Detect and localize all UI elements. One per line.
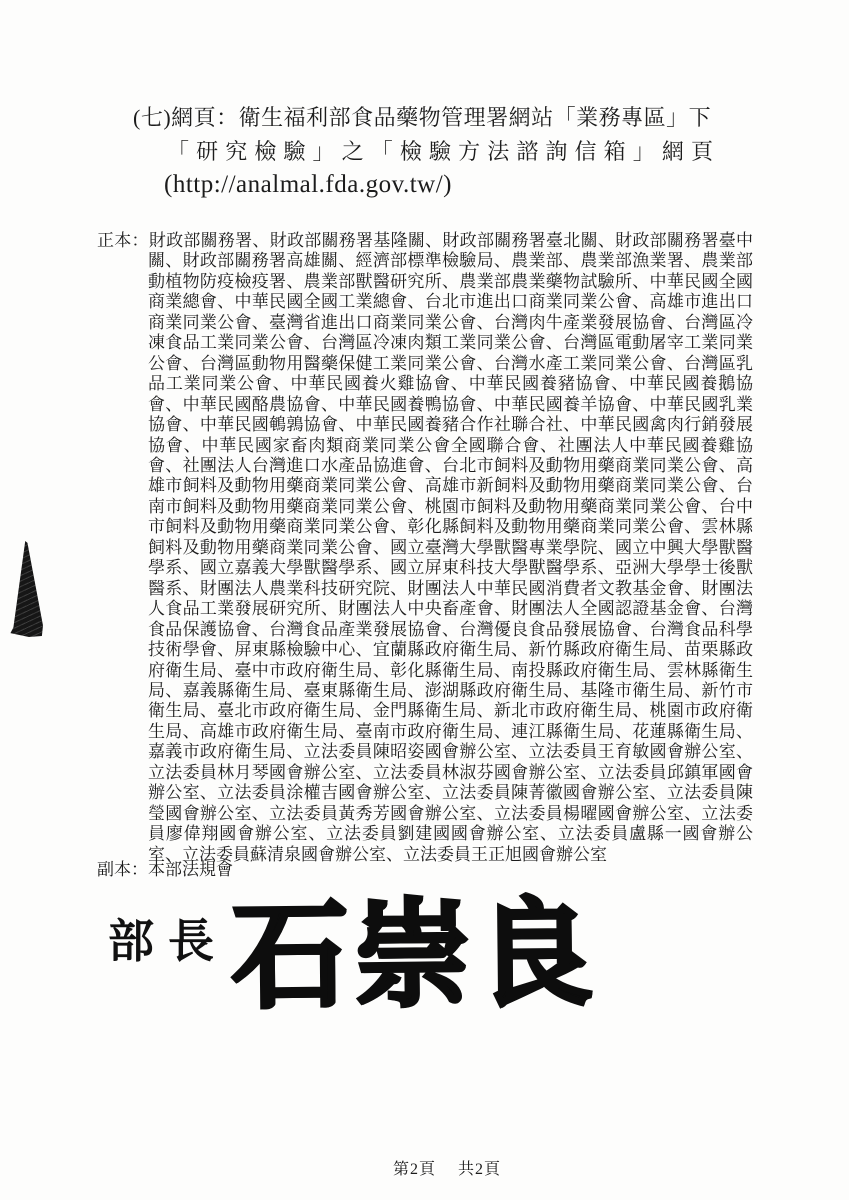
- copy-recipients-list: 本部法規會: [148, 860, 233, 879]
- copy-recipients-label: 副本：: [97, 860, 148, 879]
- primary-recipients-list: 財政部關務署、財政部關務署基隆關、財政部關務署臺北關、財政部關務署臺中關、財政部…: [148, 231, 753, 864]
- web-note-line2: 「研究檢驗」之「檢驗方法諮詢信箱」網頁: [167, 135, 713, 168]
- minister-title: 部長: [108, 905, 228, 971]
- web-note-paragraph: (七)網頁：衛生福利部食品藥物管理署網站「業務專區」下 「研究檢驗」之「檢驗方法…: [133, 101, 717, 202]
- web-note-line1: (七)網頁：衛生福利部食品藥物管理署網站「業務專區」下: [133, 101, 717, 135]
- page-number: 第2頁: [393, 1161, 436, 1178]
- scan-artifact-mark: [6, 541, 43, 637]
- web-note-url: (http://analmal.fda.gov.tw/): [164, 168, 717, 202]
- document-page: (七)網頁：衛生福利部食品藥物管理署網站「業務專區」下 「研究檢驗」之「檢驗方法…: [0, 0, 849, 1200]
- minister-signature: 石崇良: [231, 860, 599, 1031]
- primary-recipients-block: 正本：財政部關務署、財政部關務署基隆關、財政部關務署臺北關、財政部關務署臺中關、…: [97, 231, 753, 865]
- primary-recipients-label: 正本：: [97, 231, 149, 250]
- page-total: 共2頁: [458, 1161, 501, 1178]
- page-footer: 第2頁共2頁: [393, 1156, 501, 1179]
- copy-recipients-block: 副本：本部法規會: [97, 859, 233, 880]
